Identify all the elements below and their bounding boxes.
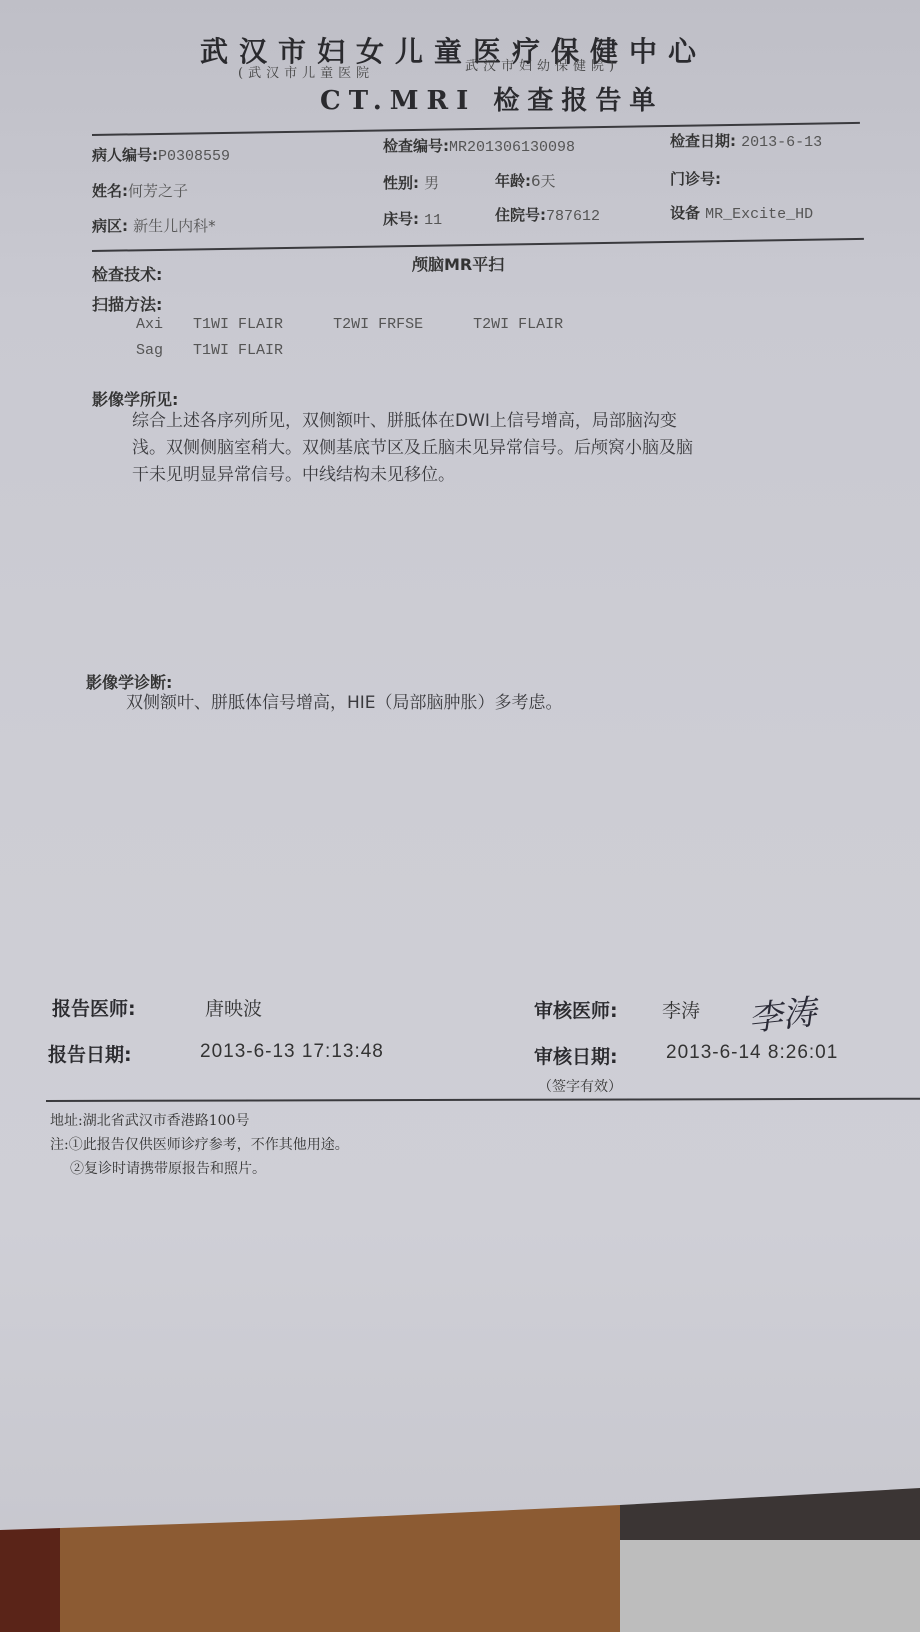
findings-label: 影像学所见:	[92, 387, 178, 410]
scan-row-sag: Sag T1WI FLAIR	[136, 342, 283, 359]
bed-value: 11	[424, 212, 442, 229]
scan-plane: Axi	[136, 316, 163, 333]
exam-no-label: 检查编号:	[383, 137, 449, 155]
scan-sequence: T2WI FRFSE	[333, 316, 423, 333]
sex-value: 男	[424, 174, 439, 192]
report-doctor-name: 唐映波	[205, 994, 262, 1021]
report-paper: 武汉市妇女儿童医疗保健中心 (武汉市儿童医院 武汉市妇幼保健院) CT.MRI …	[0, 0, 920, 1530]
age-label: 年龄:	[495, 172, 531, 190]
patient-id-label: 病人编号:	[92, 146, 158, 164]
background-cloth	[620, 1540, 920, 1632]
name-field: 姓名:何芳之子	[92, 180, 188, 201]
technique-value: 颅脑MR平扫	[412, 252, 504, 275]
inpatient-no-label: 住院号:	[495, 206, 546, 224]
ward-value: 新生儿内科*	[133, 217, 216, 235]
device-field: 设备 MR_Excite_HD	[670, 202, 813, 223]
exam-date-value: 2013-6-13	[741, 134, 822, 151]
findings-line: 干未见明显异常信号。中线结构未见移位。	[132, 462, 693, 489]
findings-line: 综合上述各序列所见，双侧额叶、胼胝体在DWI上信号增高，局部脑沟变	[132, 408, 693, 435]
handwritten-signature: 李涛	[746, 985, 819, 1041]
outpatient-no-field: 门诊号:	[670, 168, 721, 189]
hospital-subname-left: (武汉市儿童医院	[238, 62, 374, 81]
hospital-subname-right: 武汉市妇幼保健院)	[465, 55, 619, 74]
review-date-label: 审核日期:	[534, 1042, 618, 1069]
info-divider	[92, 238, 864, 252]
exam-no-value: MR201306130098	[449, 139, 575, 156]
ward-label: 病区:	[92, 217, 128, 235]
exam-date-field: 检查日期: 2013-6-13	[670, 130, 822, 151]
patient-id-value: P0308559	[158, 148, 230, 165]
scan-sequence: T2WI FLAIR	[473, 316, 563, 333]
age-field: 年龄:6天	[495, 170, 556, 191]
note-1: 注:①此报告仅供医师诊疗参考，不作其他用途。	[50, 1134, 349, 1154]
findings-line: 浅。双侧侧脑室稍大。双侧基底节区及丘脑未见异常信号。后颅窝小脑及脑	[132, 435, 693, 462]
exam-date-label: 检查日期:	[670, 132, 736, 150]
ward-field: 病区: 新生儿内科*	[92, 215, 216, 236]
name-value: 何芳之子	[128, 182, 188, 200]
review-date-value: 2013-6-14 8:26:01	[666, 1042, 838, 1064]
footer-divider	[46, 1098, 920, 1102]
age-value: 6天	[531, 172, 556, 190]
scan-plane: Sag	[136, 342, 163, 359]
review-doctor-label: 审核医师:	[534, 996, 618, 1023]
scan-method-label: 扫描方法:	[92, 292, 162, 315]
findings-text: 综合上述各序列所见，双侧额叶、胼胝体在DWI上信号增高，局部脑沟变 浅。双侧侧脑…	[132, 408, 693, 489]
diagnosis-text: 双侧额叶、胼胝体信号增高，HIE（局部脑肿胀）多考虑。	[126, 690, 563, 717]
patient-id-field: 病人编号:P0308559	[92, 144, 230, 165]
outpatient-no-label: 门诊号:	[670, 170, 721, 188]
bed-label: 床号:	[383, 210, 419, 228]
bed-field: 床号: 11	[383, 208, 442, 229]
technique-label: 检查技术:	[92, 262, 162, 285]
inpatient-no-field: 住院号:787612	[495, 204, 600, 225]
scan-sequence: T1WI FLAIR	[193, 316, 283, 333]
device-label: 设备	[670, 204, 700, 222]
exam-no-field: 检查编号:MR201306130098	[383, 135, 575, 156]
report-doctor-label: 报告医师:	[52, 994, 136, 1021]
address-text: 地址:湖北省武汉市香港路100号	[50, 1110, 249, 1130]
name-label: 姓名:	[92, 182, 128, 200]
sex-label: 性别:	[383, 174, 419, 192]
signature-note: （签字有效）	[538, 1076, 622, 1096]
review-doctor-name: 李涛	[662, 996, 700, 1023]
sex-field: 性别: 男	[383, 172, 439, 193]
scan-sequence: T1WI FLAIR	[193, 342, 283, 359]
scan-row-axi: Axi T1WI FLAIR T2WI FRFSE T2WI FLAIR	[136, 316, 563, 333]
report-date-label: 报告日期:	[48, 1040, 132, 1067]
inpatient-no-value: 787612	[546, 208, 600, 225]
report-title: CT.MRI 检查报告单	[320, 80, 663, 117]
device-value: MR_Excite_HD	[705, 206, 813, 223]
report-date-value: 2013-6-13 17:13:48	[200, 1041, 384, 1063]
note-2: ②复诊时请携带原报告和照片。	[70, 1158, 266, 1178]
